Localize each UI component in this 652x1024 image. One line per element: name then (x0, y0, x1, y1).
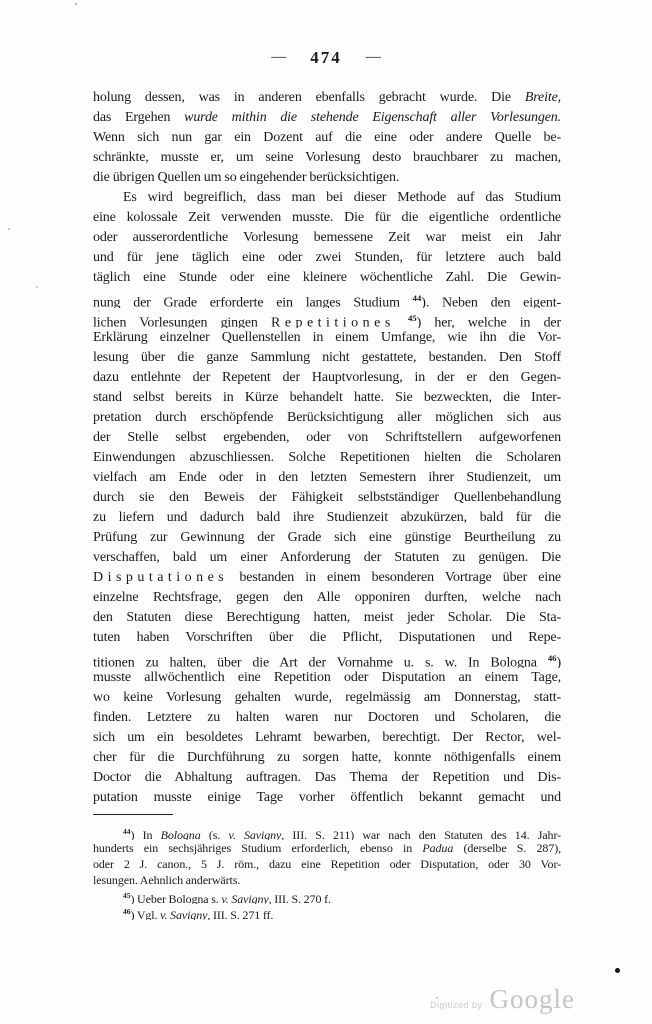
text-line: oder 2 J. canon., 5 J. röm., dazu eine R… (93, 856, 561, 872)
scan-speck (8, 228, 10, 230)
page-number-value: 474 (310, 48, 342, 68)
text-line: Einwendungen abzuschliessen. Solche Repe… (93, 448, 561, 468)
text-line: verschaffen, bald um einer Anforderung d… (93, 548, 561, 568)
watermark-prefix: Digitized by (430, 1000, 483, 1010)
text-line: 46) Vgl. v. Savigny, III. S. 271 ff. (93, 904, 561, 920)
text-line: und für jene täglich eine oder zwei Stun… (93, 248, 561, 268)
text-line: einzelne Rechtsfrage, gegen den Alle opp… (93, 588, 561, 608)
scan-speck (36, 286, 38, 288)
google-logo: Google (490, 984, 575, 1015)
text-line: zu liefern und dadurch bald ihre Studien… (93, 508, 561, 528)
footnote-separator (93, 814, 173, 815)
text-line: cher für die Durchführung zu sorgen hatt… (93, 748, 561, 768)
text-line: putation musste einige Tage vorher öffen… (93, 788, 561, 808)
body-text: holung dessen, was in anderen ebenfalls … (93, 88, 561, 808)
page-number: — 474 — (0, 48, 652, 68)
text-line: schränkte, musste er, um seine Vorlesung… (93, 148, 561, 168)
text-line: nung der Grade erforderte ein langes Stu… (93, 288, 561, 308)
text-line: Disputationes bestanden in einem besonde… (93, 568, 561, 588)
text-line: 44) In Bologna (s. v. Savigny, III. S. 2… (93, 824, 561, 840)
text-line: Wenn sich nun gar ein Dozent auf die ein… (93, 128, 561, 148)
text-line: Prüfung zur Gewinnung der Grade sich ein… (93, 528, 561, 548)
text-line: Es wird begreiflich, dass man bei dieser… (93, 188, 561, 208)
text-line: dazu entlehnte der Repetent der Hauptvor… (93, 368, 561, 388)
text-line: hunderts ein sechsjähriges Studium erfor… (93, 840, 561, 856)
text-line: Erklärung einzelner Quellenstellen in ei… (93, 328, 561, 348)
scan-speck (98, 310, 100, 312)
digitized-by-google-watermark: Digitized by Google (430, 984, 575, 1015)
text-line: wo keine Vorlesung gehalten wurde, regel… (93, 688, 561, 708)
scanned-book-page: — 474 — holung dessen, was in anderen eb… (0, 0, 652, 1024)
text-line: lichen Vorlesungen gingen Repetitiones 4… (93, 308, 561, 328)
page-number-dash-right: — (366, 49, 381, 66)
ink-dot-artifact (615, 968, 620, 973)
text-line: tuten haben Vorschriften über die Pflich… (93, 628, 561, 648)
text-line: holung dessen, was in anderen ebenfalls … (93, 88, 561, 108)
text-line: vielfach am Ende oder in den letzten Sem… (93, 468, 561, 488)
text-line: die übrigen Quellen um so eingehender be… (93, 168, 561, 188)
scan-speck (75, 3, 77, 5)
text-line: lesung über die ganze Sammlung nicht ges… (93, 348, 561, 368)
text-line: durch sie den Beweis der Fähigkeit selbs… (93, 488, 561, 508)
text-line: stand selbst bereits in Kürze behandelt … (93, 388, 561, 408)
text-line: den Statuten diese Berechtigung hatten, … (93, 608, 561, 628)
text-line: finden. Letztere zu halten waren nur Doc… (93, 708, 561, 728)
text-line: täglich eine Stunde oder eine kleinere w… (93, 268, 561, 288)
text-line: der Stelle selbst ergebenden, oder von S… (93, 428, 561, 448)
text-line: sich um ein besoldetes Lehramt bewarben,… (93, 728, 561, 748)
text-line: 45) Ueber Bologna s. v. Savigny, III. S.… (93, 888, 561, 904)
text-line: lesungen. Aehnlich anderwärts. (93, 872, 561, 888)
text-line: titionen zu halten, über die Art der Vor… (93, 648, 561, 668)
text-line: Doctor die Abhaltung auftragen. Das Them… (93, 768, 561, 788)
text-line: pretation durch erschöpfende Berücksicht… (93, 408, 561, 428)
page-number-dash-left: — (271, 49, 286, 66)
footnotes: 44) In Bologna (s. v. Savigny, III. S. 2… (93, 824, 561, 920)
text-line: das Ergehen wurde mithin die stehende Ei… (93, 108, 561, 128)
text-line: oder ausserordentliche Vorlesung bemesse… (93, 228, 561, 248)
text-line: musste allwöchentlich eine Repetition od… (93, 668, 561, 688)
scan-speck (436, 997, 438, 999)
text-line: eine kolossale Zeit verwenden musste. Di… (93, 208, 561, 228)
